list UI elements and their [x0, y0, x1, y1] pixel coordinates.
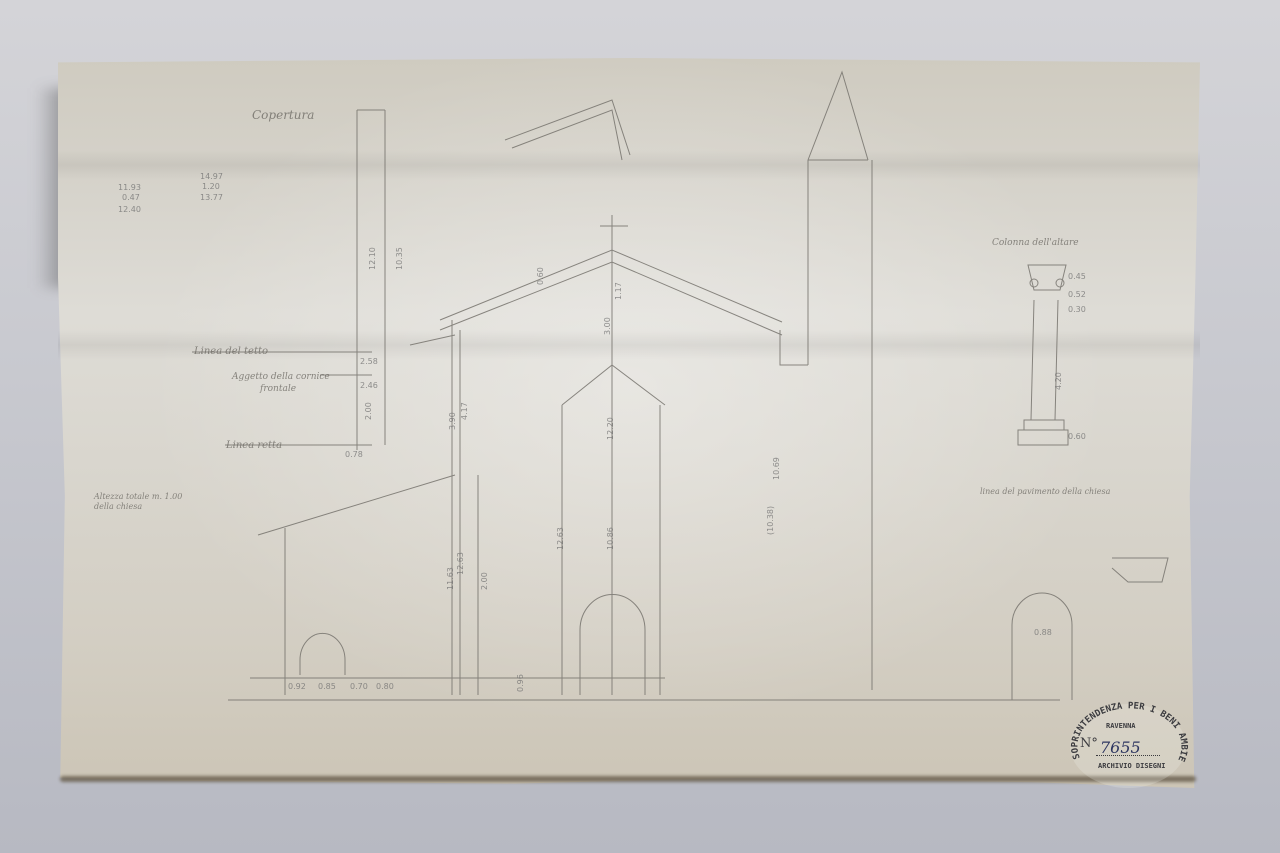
label-cornice: Aggetto della cornice — [232, 372, 330, 382]
right-arch — [1012, 593, 1072, 700]
dimension-label: 0.60 — [1068, 432, 1086, 441]
dimension-label: 10.86 — [606, 527, 615, 550]
sum-value: 14.97 — [200, 172, 223, 181]
left-note-1: Altezza totale m. 1.00 — [94, 492, 182, 501]
dimension-label: 0.88 — [1034, 628, 1052, 637]
dimension-label: 0.52 — [1068, 290, 1086, 299]
dimension-label: 0.45 — [1068, 272, 1086, 281]
dimension-label: 12.20 — [606, 417, 615, 440]
aisle-roof — [258, 475, 455, 535]
dimension-label: 0.80 — [376, 682, 394, 691]
label-linea-retta: Linea retta — [226, 440, 282, 451]
stamp-city: RAVENNA — [1106, 722, 1136, 730]
dimension-label: 2.46 — [360, 381, 378, 390]
dimension-label: 10.35 — [395, 247, 404, 270]
dimension-label: 2.00 — [480, 572, 489, 590]
stamp-archive: ARCHIVIO DISEGNI — [1098, 762, 1165, 770]
column-title: Colonna dell'altare — [992, 238, 1079, 248]
cornice-profile — [1112, 558, 1168, 582]
dimension-label: 2.00 — [364, 402, 373, 420]
sum-value: 11.93 — [118, 183, 141, 192]
left-note-2: della chiesa — [94, 502, 142, 511]
stamp-number-prefix: N° — [1080, 736, 1098, 751]
dimension-label: 12.63 — [556, 527, 565, 550]
dimension-label: 12.63 — [456, 552, 465, 575]
dimension-label: 3.90 — [448, 412, 457, 430]
main-gable — [440, 250, 782, 322]
column-drawing — [1018, 265, 1068, 445]
dimension-label: 0.30 — [1068, 305, 1086, 314]
left-arch — [300, 633, 345, 675]
dimension-label: 1.17 — [614, 282, 623, 300]
inner-gable — [562, 365, 665, 405]
dimension-label: 4.20 — [1054, 372, 1063, 390]
sum-value: 0.47 — [122, 193, 140, 202]
label-copertura: Copertura — [252, 108, 314, 122]
label-cornice-b: frontale — [260, 384, 296, 394]
dimension-label: 4.17 — [460, 402, 469, 420]
sum-value: 12.40 — [118, 205, 141, 214]
dimension-label: 11.63 — [446, 567, 455, 590]
bell-tower-spire — [808, 72, 868, 160]
right-note: linea del pavimento della chiesa — [980, 487, 1110, 496]
dimension-label: 0.85 — [318, 682, 336, 691]
archive-stamp: SOPRINTENDENZA PER I BENI AMBIENTALI E A… — [1066, 698, 1190, 790]
dimension-label: 2.58 — [360, 357, 378, 366]
dimension-label: 3.00 — [603, 317, 612, 335]
sum-value: 1.20 — [202, 182, 220, 191]
dimension-label: 0.70 — [350, 682, 368, 691]
dimension-label: 0.78 — [345, 450, 363, 459]
dimension-label: 0.92 — [288, 682, 306, 691]
stamp-number-underline — [1096, 755, 1160, 756]
dimension-label: 0.96 — [516, 674, 525, 692]
sum-value: 13.77 — [200, 193, 223, 202]
label-roof-line: Linea del tetto — [194, 346, 268, 357]
dimension-label: 12.10 — [368, 247, 377, 270]
dimension-label: (10.38) — [766, 506, 775, 535]
roof-detail-sketch — [505, 100, 630, 155]
dimension-label: 0.60 — [536, 267, 545, 285]
dimension-label: 10.69 — [772, 457, 781, 480]
